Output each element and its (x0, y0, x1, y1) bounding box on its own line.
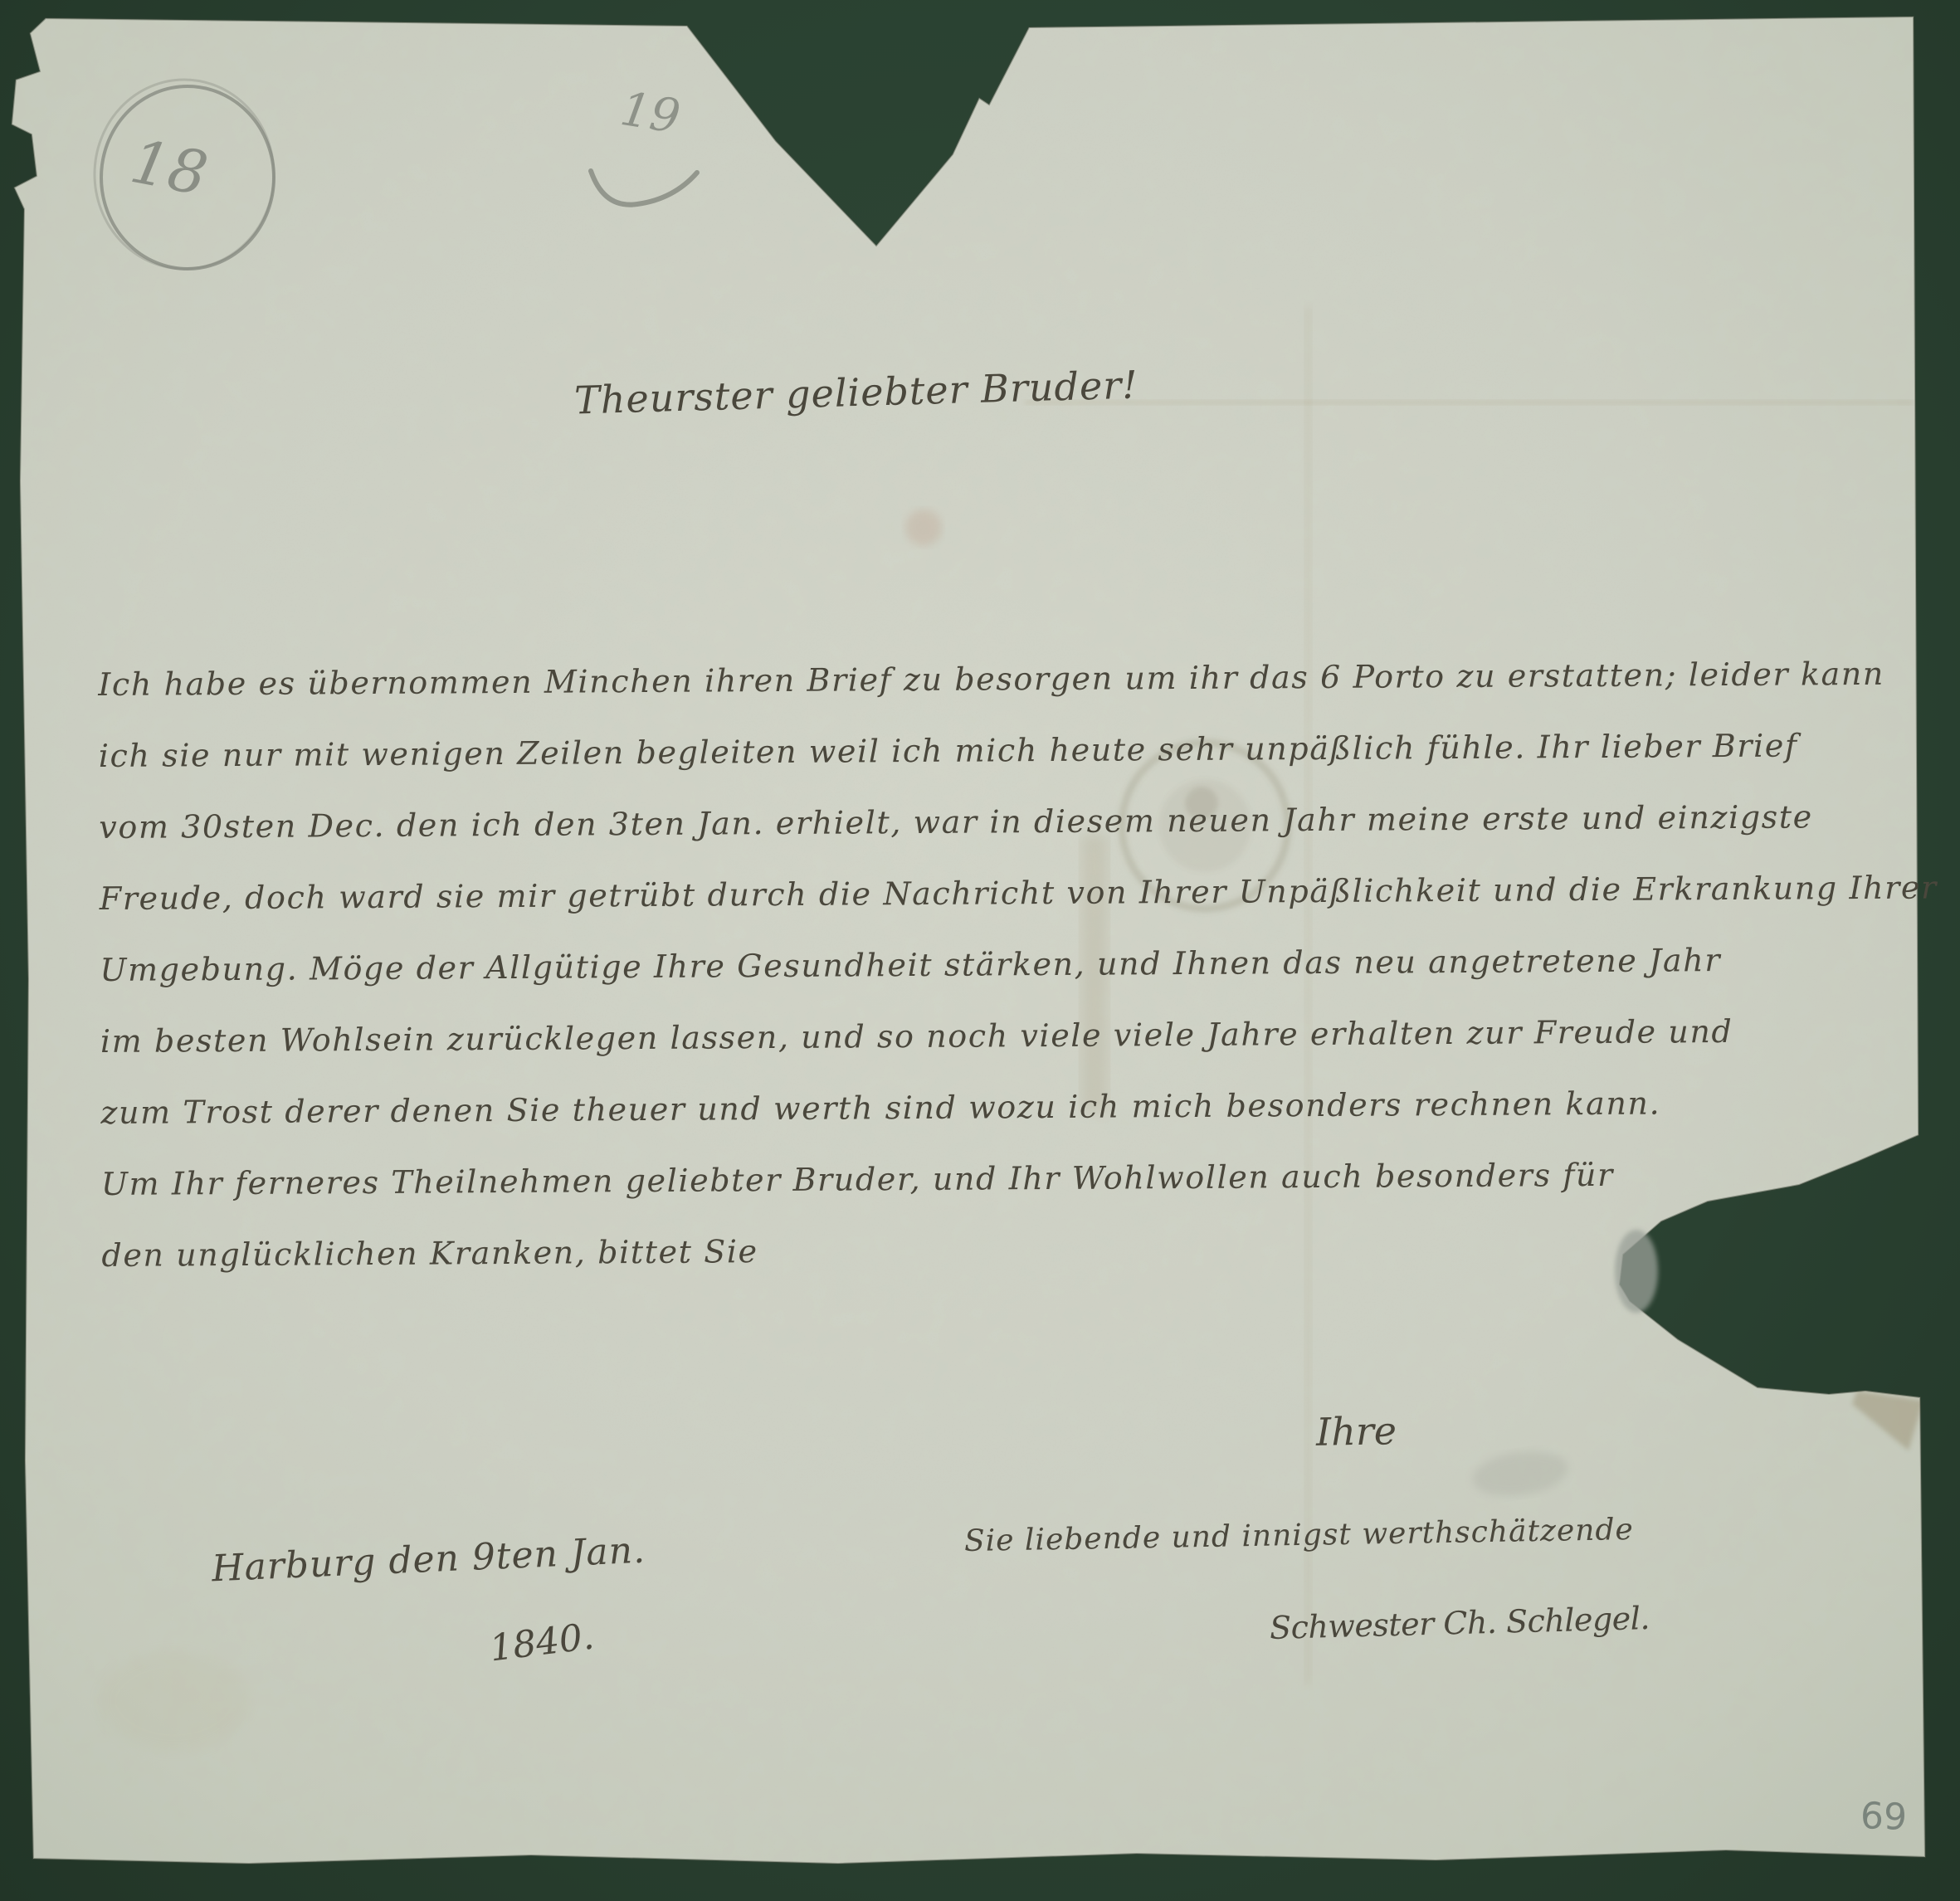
body-line-8: Um Ihr ferneres Theilnehmen geliebter Br… (101, 1138, 1919, 1220)
dateline-place-date: Harburg den 9ten Jan. (211, 1529, 646, 1591)
body-line-1: Ich habe es übernommen Minchen ihren Bri… (98, 638, 1915, 720)
letter-body: Ich habe es übernommen Minchen ihren Bri… (98, 638, 1919, 1291)
closing-salutation: Ihre (1316, 1408, 1397, 1455)
body-line-2: ich sie nur mit wenigen Zeilen begleiten… (99, 709, 1916, 792)
dateline-year: 1840. (487, 1616, 596, 1670)
pencil-archive-number-18: 18 (125, 126, 213, 209)
letter-content: 18 19 69 Theurster geliebter Bruder! Ich… (0, 0, 1960, 1901)
scan-background: 18 19 69 Theurster geliebter Bruder! Ich… (0, 0, 1960, 1901)
body-line-6: im besten Wohlsein zurücklegen lassen, u… (100, 995, 1918, 1077)
body-line-3: vom 30sten Dec. den ich den 3ten Jan. er… (99, 781, 1916, 863)
body-line-5: Umgebung. Möge der Allgütige Ihre Gesund… (100, 924, 1917, 1006)
body-line-4: Freude, doch ward sie mir getrübt durch … (100, 852, 1917, 934)
pencil-archive-number-19: 19 (617, 82, 684, 144)
body-line-9: den unglücklichen Kranken, bittet Sie (101, 1209, 1919, 1291)
signature: Schwester Ch. Schlegel. (1270, 1600, 1650, 1646)
pencil-folio-number-69: 69 (1860, 1795, 1908, 1839)
letter-salutation: Theurster geliebter Bruder! (573, 363, 1138, 423)
closing-phrase: Sie liebende und innigst werthschätzende (964, 1513, 1634, 1558)
body-line-7: zum Trost derer denen Sie theuer und wer… (100, 1066, 1918, 1148)
